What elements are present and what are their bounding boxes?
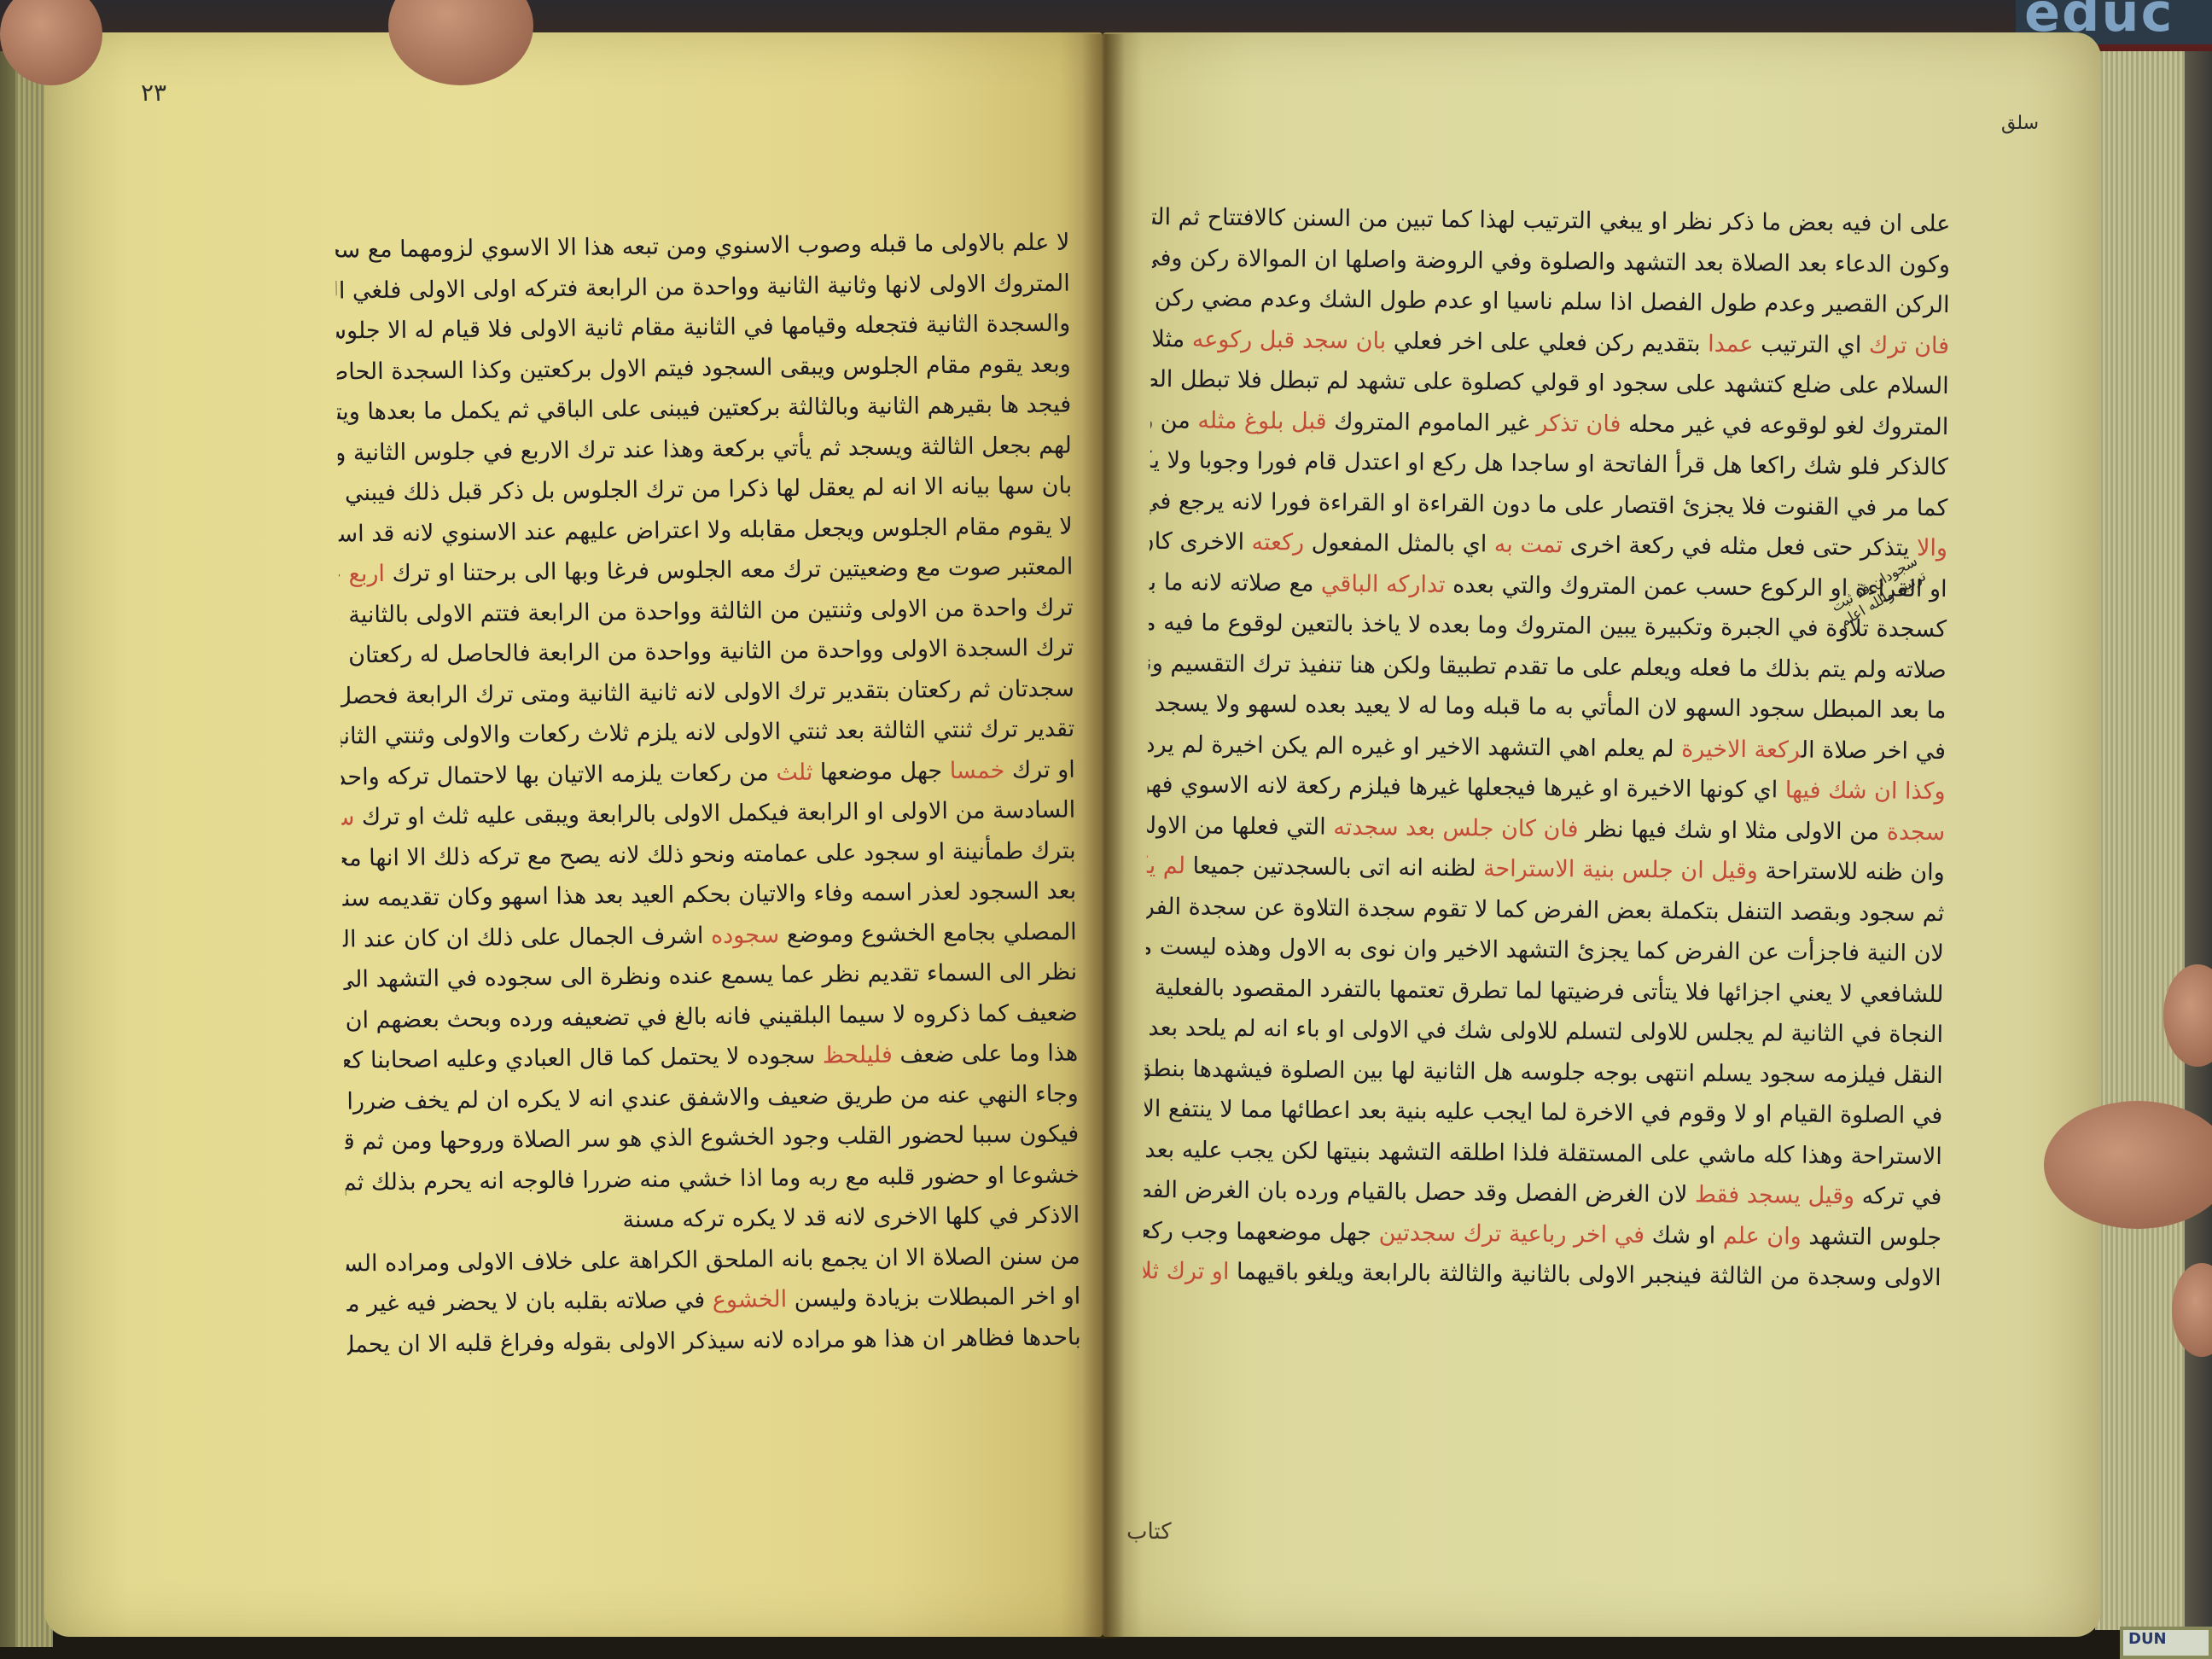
right-cover	[2185, 51, 2212, 1630]
rubric-text: وقيل يسجد فقط	[1695, 1182, 1854, 1210]
manuscript-line: في تركه وقيل يسجد فقط لان الغرض الفصل وق…	[1144, 1170, 1941, 1218]
rubric-text: سجدة	[1887, 818, 1946, 846]
manuscript-line: سجدة من الاولى مثلا او شك فيها نظر فان ك…	[1147, 805, 1945, 853]
manuscript-line: المتروك لغو لوقوعه في غير محله فان تذكر …	[1150, 399, 1948, 447]
rubric-text: فان تذكر	[1536, 410, 1621, 437]
rubric-text: بان سجد قبل ركوعه	[1192, 326, 1387, 354]
rubric-text: لم يكفه	[1147, 853, 1186, 880]
manuscript-line: السلام على ضلع كتشهد على سجود او قولي كص…	[1151, 359, 1949, 407]
rubric-text: عمدا	[1708, 330, 1754, 357]
manuscript-line: وكون الدعاء بعد الصلاة بعد التشهد والصلو…	[1152, 237, 1950, 285]
book-gutter	[1082, 34, 1125, 1639]
right-page-text: على ان فيه بعض ما ذكر نظر او يبغي الترتي…	[1143, 197, 1950, 1299]
rubric-text: ثلث	[776, 759, 812, 785]
rubric-text: سجوده	[711, 922, 779, 949]
rubric-text: فليلحظ	[823, 1042, 893, 1069]
rubric-text: الخشوع	[713, 1286, 788, 1313]
rubric-text: سجد	[1899, 818, 1946, 845]
rubric-text: قبل بلوغ	[1244, 407, 1327, 434]
rubric-text: سبع فسجدة ثم ثلث	[341, 804, 355, 832]
manuscript-line: ثم سجود وبقصد التنفل بتكملة بعض الفرض كم…	[1146, 886, 1944, 934]
manuscript-line: وان ظنه للاستراحة وقيل ان جلس بنية الاست…	[1147, 846, 1945, 894]
catchword: كتاب	[1126, 1519, 1172, 1545]
rubric-text: فان ترك	[1869, 332, 1949, 359]
rubric-text: في اخر رباعية ترك سجدتين	[1379, 1220, 1645, 1249]
rubric-text: خمسا	[950, 757, 1005, 784]
manuscript-line: النجاة في الثانية لم يجلس للاولى لتسلم ل…	[1145, 1008, 1943, 1056]
rubric-text: وقيل ان جلس بنية الاستراحة	[1483, 855, 1758, 884]
manuscript-line: للشافعي لا يعني اجزائها فلا يتأتى فرضيته…	[1145, 967, 1943, 1015]
shelf-label: DUN	[2120, 1627, 2212, 1659]
manuscript-line: كالذكر فلو شك راكعا هل قرأ الفاتحة او سا…	[1150, 440, 1948, 488]
rubric-text: فان كان جلس بعد سجدته	[1333, 813, 1578, 842]
rubric-text: وان علم	[1723, 1222, 1802, 1249]
header-mark: سلق	[2001, 113, 2039, 134]
rubric-text: والا	[1917, 535, 1947, 562]
manuscript-line: والا يتذكر حتى فعل مثله في ركعة اخرى تمت…	[1150, 521, 1947, 569]
manuscript-line: على ان فيه بعض ما ذكر نظر او يبغي الترتي…	[1152, 197, 1950, 245]
manuscript-line: لان النية فاجزأت عن الفرض كما يجزئ التشه…	[1146, 927, 1944, 975]
rubric-text: او ترك ثلاثا جهل موضعها وجب ركعتان	[1143, 1255, 1229, 1285]
manuscript-line: الاولى وسجدة من الثالثة فينجبر الاولى با…	[1143, 1251, 1941, 1299]
manuscript-line: الركن القصير وعدم طول الفصل اذا سلم ناسي…	[1151, 278, 1949, 326]
manuscript-line: فان ترك اي الترتيب عمدا بتقديم ركن فعلي …	[1151, 318, 1949, 366]
page-number: ٢٣	[141, 79, 166, 107]
open-manuscript: ٢٣ سلق لا علم بالاولى ما قبله وصوب الاسن…	[0, 17, 2212, 1659]
manuscript-line: ما بعد المبطل سجود السهو لان المأتي به م…	[1148, 684, 1946, 731]
manuscript-line: باحدها فظاهر ان هذا هو مراده لانه سيذكر …	[346, 1317, 1080, 1365]
manuscript-line: في الصلوة القيام او لا وقوم في الاخرة لم…	[1144, 1089, 1942, 1137]
rubric-text: الاخيرة	[1681, 736, 1747, 763]
rubric-text: ركعته	[1251, 529, 1304, 556]
manuscript-line: الاستراحة وهذا كله ماشي على المستقلة فلذ…	[1144, 1129, 1942, 1177]
manuscript-line: الاذكر في كلها الاخرى لانه قد لا يكره تر…	[346, 1195, 1080, 1243]
manuscript-line: كما مر في القنوت فلا يجزئ اقتصار على ما …	[1150, 480, 1947, 528]
left-page-text: لا علم بالاولى ما قبله وصوب الاسنوي ومن …	[335, 223, 1081, 1365]
manuscript-line: النقل فيلزمه سجود يسلم انتهى بوجه جلوسه …	[1144, 1048, 1942, 1096]
label-text: DUN	[2123, 1630, 2167, 1648]
rubric-text: تداركه الباقي	[1321, 570, 1446, 597]
rubric-text: اربع	[348, 561, 385, 587]
manuscript-line: جلوس التشهد وان علم او شك في اخر رباعية …	[1144, 1210, 1941, 1258]
manuscript-line: صلاته ولم يتم بذلك ما فعله ويعلم على ما …	[1149, 643, 1947, 690]
rubric-text: ركعة	[1754, 736, 1802, 763]
rubric-text: وكذا ان شك فيها	[1785, 777, 1946, 805]
rubric-text: تمت به	[1494, 531, 1563, 558]
rubric-text: مثله	[1197, 407, 1237, 434]
manuscript-line: وكذا ان شك فيها اي كونها الاخيرة او غيره…	[1147, 765, 1945, 812]
manuscript-line: في اخر صلاة الركعة الاخيرة لم يعلم اهي ا…	[1148, 724, 1946, 771]
